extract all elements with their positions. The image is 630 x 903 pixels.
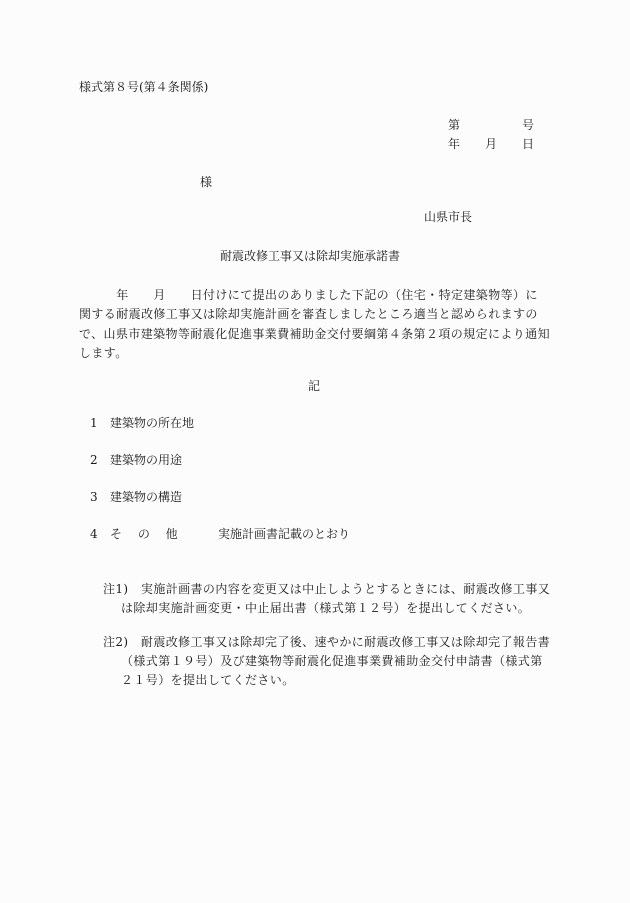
note-line: 注2) 耐震改修工事又は除却完了後、速やかに耐震改修工事又は除却完了報告書 — [103, 633, 563, 652]
document-title: 耐震改修工事又は除却実施承諾書 — [220, 250, 400, 262]
note-line: （様式第１９号）及び建築物等耐震化促進事業費補助金交付申請書（様式第 — [103, 652, 563, 671]
item-number: 4 — [90, 528, 110, 540]
body-line: します。 — [79, 344, 559, 363]
body-line: 関する耐震改修工事又は除却実施計画を審査しましたところ適当と認められますの — [79, 305, 559, 324]
addressee: 様 — [200, 176, 212, 188]
body-line: 年 月 日付けにて提出のありました下記の（住宅・特定建築物等）に — [79, 286, 559, 305]
note-2: 注2) 耐震改修工事又は除却完了後、速やかに耐震改修工事又は除却完了報告書 （様… — [103, 633, 563, 690]
note-line: 注1) 実施計画書の内容を変更又は中止しようとするときには、耐震改修工事又 — [103, 580, 563, 599]
doc-number-suffix: 号 — [522, 119, 534, 131]
list-item: 2建築物の用途 — [90, 454, 182, 466]
item-label: 建築物の構造 — [110, 491, 182, 503]
item-label: そ の 他 — [110, 528, 178, 540]
list-item: 3建築物の構造 — [90, 491, 182, 503]
body-line: で、山県市建築物等耐震化促進事業費補助金交付要綱第４条第２項の規定により通知 — [79, 325, 559, 344]
item-number: 2 — [90, 454, 110, 466]
body-paragraph: 年 月 日付けにて提出のありました下記の（住宅・特定建築物等）に 関する耐震改修… — [79, 286, 559, 363]
sender: 山県市長 — [424, 211, 472, 223]
form-number: 様式第８号(第４条関係) — [79, 81, 208, 93]
item-label: 建築物の用途 — [110, 454, 182, 466]
list-item: 1建築物の所在地 — [90, 417, 194, 429]
date-day: 日 — [522, 138, 534, 150]
item-number: 3 — [90, 491, 110, 503]
date-year: 年 — [448, 138, 460, 150]
item-label: 建築物の所在地 — [110, 417, 194, 429]
note-line: は除却実施計画変更・中止届出書（様式第１２号）を提出してください。 — [103, 599, 563, 618]
note-line: ２１号）を提出してください。 — [103, 671, 563, 690]
list-item: 4そ の 他 実施計画書記載のとおり — [90, 528, 178, 540]
item-value: 実施計画書記載のとおり — [218, 528, 350, 540]
ki-heading: 記 — [308, 380, 320, 392]
date-month: 月 — [485, 138, 497, 150]
note-1: 注1) 実施計画書の内容を変更又は中止しようとするときには、耐震改修工事又 は除… — [103, 580, 563, 618]
item-number: 1 — [90, 417, 110, 429]
doc-number-prefix: 第 — [448, 119, 460, 131]
